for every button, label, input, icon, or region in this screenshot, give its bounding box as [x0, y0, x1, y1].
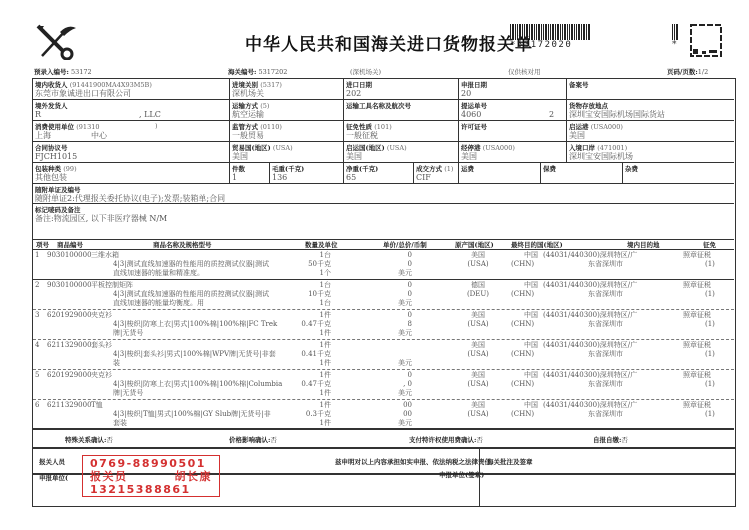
- cell-spec1: 4|3|梭织|套头衫|男式|100%棉|WPV牌|无货号|非套: [113, 350, 276, 359]
- cell-tax: 照章征税: [683, 281, 711, 290]
- cell-code: 6201929000: [47, 371, 92, 380]
- cell-qty: 1台: [271, 251, 331, 260]
- cell-tax: (1): [705, 260, 715, 269]
- cell-tax: 照章征税: [683, 401, 711, 410]
- cell-dest: (CHN): [511, 320, 534, 329]
- cell-no: 6: [35, 401, 39, 410]
- col-tax: 征免: [703, 240, 716, 249]
- preentry-number: 预录入编号: 53172: [34, 67, 92, 76]
- table-row: 46211329000套头衫4|3|梭织|套头衫|男式|100%棉|WPV牌|无…: [33, 341, 734, 370]
- cell-qty: 1件: [271, 329, 331, 338]
- cell-domestic: 东省深圳市: [588, 380, 623, 389]
- cell-price: 0: [352, 281, 412, 290]
- cell-qty: 1件: [271, 311, 331, 320]
- cell-origin: 美国: [453, 311, 503, 320]
- cell-price: 美元: [352, 329, 412, 338]
- cell-code: 6211329000: [47, 341, 92, 350]
- cell-spec1: 4|3|梭织|防寒上衣|男式|100%棉|100%棉|FC Trek: [113, 320, 277, 329]
- cell-spec1: 4|3|梭织|防寒上衣|男式|100%棉|100%棉|Columbia: [113, 380, 282, 389]
- cell-dest: (CHN): [511, 410, 534, 419]
- cell-price: 0: [352, 311, 412, 320]
- cell-spec2: 直线加速器的能量和精准度。: [113, 269, 204, 278]
- field-bill-no: 提运单号 40602: [459, 100, 567, 121]
- cell-tax: (1): [705, 320, 715, 329]
- field-consignee: 境内收货人 (91441900MA4X93M5B) 东莞市象诚进出口有限公司: [33, 79, 230, 100]
- cell-no: 2: [35, 281, 39, 290]
- col-domestic: 境内目的地: [627, 240, 660, 249]
- field-record-no: 备案号: [567, 79, 734, 100]
- cell-dest: (CHN): [511, 260, 534, 269]
- small-barcode: [672, 24, 678, 40]
- field-freight: 运费: [459, 163, 541, 184]
- small-barcode-star: *: [672, 40, 677, 50]
- field-trade-country: 贸易国(地区) (USA) 美国: [230, 142, 344, 163]
- col-qty: 数量及单位: [305, 240, 338, 249]
- cell-code: 6201929000: [47, 311, 92, 320]
- declaration-form: 境内收货人 (91441900MA4X93M5B) 东莞市象诚进出口有限公司 进…: [32, 78, 736, 475]
- cell-tax: 照章征税: [683, 371, 711, 380]
- cell-dest: 中国: [513, 401, 538, 410]
- royalty-confirm: 支付特许权使用费确认:否: [409, 435, 483, 444]
- customs-number: 海关编号: 5317202: [228, 67, 287, 76]
- table-row: 29030100000平板控制矩阵4|3|测试直线加速器的性能用的质控测试仪器|…: [33, 281, 734, 310]
- cell-code: 9030100000: [47, 251, 92, 260]
- field-license-no: 许可证号: [459, 121, 567, 142]
- cell-tax: 照章征税: [683, 341, 711, 350]
- cell-price: 0: [352, 290, 412, 299]
- field-package-type: 包装种类 (99) 其他包装: [33, 163, 230, 184]
- cell-tax: (1): [705, 410, 715, 419]
- cell-qty: 10千克: [271, 290, 331, 299]
- footer-divider: [479, 449, 480, 506]
- field-misc-fee: 杂费: [623, 163, 734, 184]
- field-transit-port: 经停港 (USA000) 美国: [459, 142, 567, 163]
- cell-qty: 1台: [271, 299, 331, 308]
- col-item-no: 项号: [36, 240, 49, 249]
- cell-qty: 1件: [271, 371, 331, 380]
- field-departure-port: 启运港 (USA000) 美国: [567, 121, 734, 142]
- table-row: 19030100000三维水箱4|3|测试直线加速器的性能用的质控测试仪器|测试…: [33, 251, 734, 280]
- cell-domestic: 东省深圳市: [588, 350, 623, 359]
- cell-tax: 照章征税: [683, 311, 711, 320]
- cell-price: , 0: [352, 380, 412, 389]
- col-price: 单价/总价/币制: [383, 240, 427, 249]
- field-documents: 随附单证及编号 随附单证2:代理报关委托协议(电子);发票;装箱单;合同: [33, 184, 734, 204]
- cell-origin: 美国: [453, 401, 503, 410]
- cell-origin: 德国: [453, 281, 503, 290]
- field-tax-nature: 征免性质 (101) 一般征税: [344, 121, 459, 142]
- field-gross-weight: 毛重(千克) 136: [270, 163, 344, 184]
- cell-domestic: (44031/440300)深圳特区/广: [543, 311, 637, 320]
- cell-name: 夹克衫: [91, 311, 112, 320]
- cell-name: 夹克衫: [91, 371, 112, 380]
- cell-no: 3: [35, 311, 39, 320]
- cell-qty: 0.47千克: [271, 380, 331, 389]
- cell-spec1: 4|3|测试直线加速器的性能用的质控测试仪器|测试: [113, 290, 269, 299]
- cell-spec2: 装: [113, 359, 120, 368]
- field-transport-name: 运输工具名称及航次号: [344, 100, 459, 121]
- cell-domestic: (44031/440300)深圳特区/广: [543, 341, 637, 350]
- cell-spec1: 4|3|测试直线加速器的性能用的质控测试仪器|测试: [113, 260, 269, 269]
- cell-dest: (CHN): [511, 350, 534, 359]
- cell-qty: 0.47千克: [271, 320, 331, 329]
- cell-price: 美元: [352, 269, 412, 278]
- col-origin: 原产国(地区): [455, 240, 494, 249]
- field-entry-customs: 进境关别 (5317) 深机场关: [230, 79, 344, 100]
- sign-label: 申报单位(签章): [439, 470, 484, 479]
- cell-price: 00: [352, 410, 412, 419]
- cell-tax: (1): [705, 380, 715, 389]
- cell-qty: 0.41千克: [271, 350, 331, 359]
- cell-qty: 1件: [271, 341, 331, 350]
- table-row: 66211329000T恤4|3|梭织|T恤|男式|100%棉|GY Slub牌…: [33, 401, 734, 430]
- declarant-stamp: 0769-88990501 报关员胡长康 13215388861: [82, 455, 220, 497]
- barcode-number: *53172020: [510, 40, 572, 50]
- col-name: 商品名称及规格型号: [153, 240, 212, 249]
- table-row: 36201929000夹克衫4|3|梭织|防寒上衣|男式|100%棉|100%棉…: [33, 311, 734, 340]
- cell-no: 1: [35, 251, 39, 260]
- cell-domestic: 东省深圳市: [588, 290, 623, 299]
- cell-origin: (USA): [453, 410, 503, 419]
- cell-price: 美元: [352, 389, 412, 398]
- field-consignor: 境外发货人 R, LLC: [33, 100, 230, 121]
- cell-dest: 中国: [513, 311, 538, 320]
- cell-dest: (CHN): [511, 290, 534, 299]
- field-marks: 标记唛码及备注 备注:物流园区, 以下非医疗器械 N/M: [33, 204, 734, 240]
- cell-no: 4: [35, 341, 39, 350]
- cell-origin: (DEU): [453, 290, 503, 299]
- cell-price: 0: [352, 251, 412, 260]
- cell-origin: (USA): [453, 380, 503, 389]
- cell-dest: 中国: [513, 371, 538, 380]
- cell-qty: 1台: [271, 281, 331, 290]
- field-supervision: 监管方式 (0110) 一般贸易: [230, 121, 344, 142]
- cell-origin: (USA): [453, 350, 503, 359]
- cell-dest: 中国: [513, 341, 538, 350]
- declarant-label: 报关人员: [39, 457, 65, 466]
- customs-remark: 海关批注及签章: [487, 457, 533, 466]
- cell-price: 美元: [352, 299, 412, 308]
- price-impact: 价格影响确认:否: [229, 435, 277, 444]
- cell-tax: (1): [705, 290, 715, 299]
- cell-tax: 照章征税: [683, 251, 711, 260]
- cell-price: 8: [352, 320, 412, 329]
- cell-qty: 0.3千克: [271, 410, 331, 419]
- cell-name: 套头衫: [91, 341, 112, 350]
- customs-office: (深机场关): [350, 67, 381, 76]
- cell-price: 0: [352, 260, 412, 269]
- verify-note: 仅供核对用: [508, 67, 541, 76]
- cell-domestic: 东省深圳市: [588, 320, 623, 329]
- cell-domestic: 东省深圳市: [588, 410, 623, 419]
- col-dest: 最终目的国(地区): [511, 240, 563, 249]
- cell-qty: 1个: [271, 269, 331, 278]
- cell-name: T恤: [91, 401, 103, 410]
- cell-qty: 1件: [271, 419, 331, 428]
- special-relation: 特殊关系确认:否: [65, 435, 113, 444]
- col-code: 商品编号: [57, 240, 83, 249]
- confirmations-row: 特殊关系确认:否 价格影响确认:否 支付特许权使用费确认:否 自报自缴:否: [33, 431, 734, 447]
- cell-price: 0: [352, 371, 412, 380]
- cell-name: 三维水箱: [91, 251, 119, 260]
- cell-qty: 1件: [271, 401, 331, 410]
- cell-code: 9030100000: [47, 281, 92, 290]
- field-origin-country: 启运国(地区) (USA) 美国: [344, 142, 459, 163]
- cell-origin: (USA): [453, 320, 503, 329]
- cell-domestic: 东省深圳市: [588, 260, 623, 269]
- cell-domestic: (44031/440300)深圳特区/广: [543, 401, 637, 410]
- field-deal-mode: 成交方式 (1) CIF: [414, 163, 459, 184]
- barcode: [510, 24, 590, 40]
- cell-domestic: (44031/440300)深圳特区/广: [543, 371, 637, 380]
- cell-spec2: 牌|无货号: [113, 389, 143, 398]
- legal-statement: 兹申明对以上内容承担如实申报、依法纳税之法律责任: [335, 457, 491, 466]
- cell-domestic: (44031/440300)深圳特区/广: [543, 281, 637, 290]
- cell-origin: 美国: [453, 341, 503, 350]
- field-net-weight: 净重(千克) 65: [344, 163, 414, 184]
- cell-domestic: (44031/440300)深圳特区/广: [543, 251, 637, 260]
- cell-no: 5: [35, 371, 39, 380]
- cell-price: 美元: [352, 359, 412, 368]
- cell-qty: 1件: [271, 389, 331, 398]
- cell-spec1: 4|3|梭织|T恤|男式|100%棉|GY Slub牌|无货号|非: [113, 410, 271, 419]
- self-report: 自报自缴:否: [593, 435, 628, 444]
- field-insurance: 保费: [541, 163, 623, 184]
- cell-name: 平板控制矩阵: [91, 281, 133, 290]
- page-title: 中华人民共和国海关进口货物报关单: [245, 30, 533, 55]
- table-row: 56201929000夹克衫4|3|梭织|防寒上衣|男式|100%棉|100%棉…: [33, 371, 734, 400]
- unit-label: 申报单位(: [39, 473, 68, 482]
- cell-tax: (1): [705, 350, 715, 359]
- cell-dest: (CHN): [511, 380, 534, 389]
- cell-spec2: 牌|无货号: [113, 329, 143, 338]
- field-pieces: 件数 1: [230, 163, 270, 184]
- cell-spec2: 直线加速器的能量均衡度。用: [113, 299, 204, 308]
- cell-spec2: 套装: [113, 419, 127, 428]
- page-indicator: 页码/页数:1/2: [667, 67, 708, 76]
- customs-emblem-icon: [34, 22, 78, 60]
- cell-qty: 50千克: [271, 260, 331, 269]
- field-storage-place: 货物存放地点 深圳宝安国际机场国际货站: [567, 100, 734, 121]
- field-contract-no: 合同协议号 FJCH1015: [33, 142, 230, 163]
- field-import-date: 进口日期 202: [344, 79, 459, 100]
- field-entry-port: 入境口岸 (471001) 深圳宝安国际机场: [567, 142, 734, 163]
- cell-dest: 中国: [513, 281, 538, 290]
- field-transport-mode: 运输方式 (5) 航空运输: [230, 100, 344, 121]
- field-consumer: 消费使用单位 (91310) 上海中心: [33, 121, 230, 142]
- goods-table-header: 项号 商品编号 商品名称及规格型号 数量及单位 单价/总价/币制 原产国(地区)…: [33, 240, 734, 250]
- cell-price: 00: [352, 401, 412, 410]
- cell-code: 6211329000: [47, 401, 92, 410]
- qr-code-icon: [690, 24, 722, 57]
- cell-origin: 美国: [453, 371, 503, 380]
- cell-dest: 中国: [513, 251, 538, 260]
- cell-price: 美元: [352, 419, 412, 428]
- cell-origin: 美国: [453, 251, 503, 260]
- field-declare-date: 申报日期 20: [459, 79, 567, 100]
- cell-qty: 1件: [271, 359, 331, 368]
- cell-origin: (USA): [453, 260, 503, 269]
